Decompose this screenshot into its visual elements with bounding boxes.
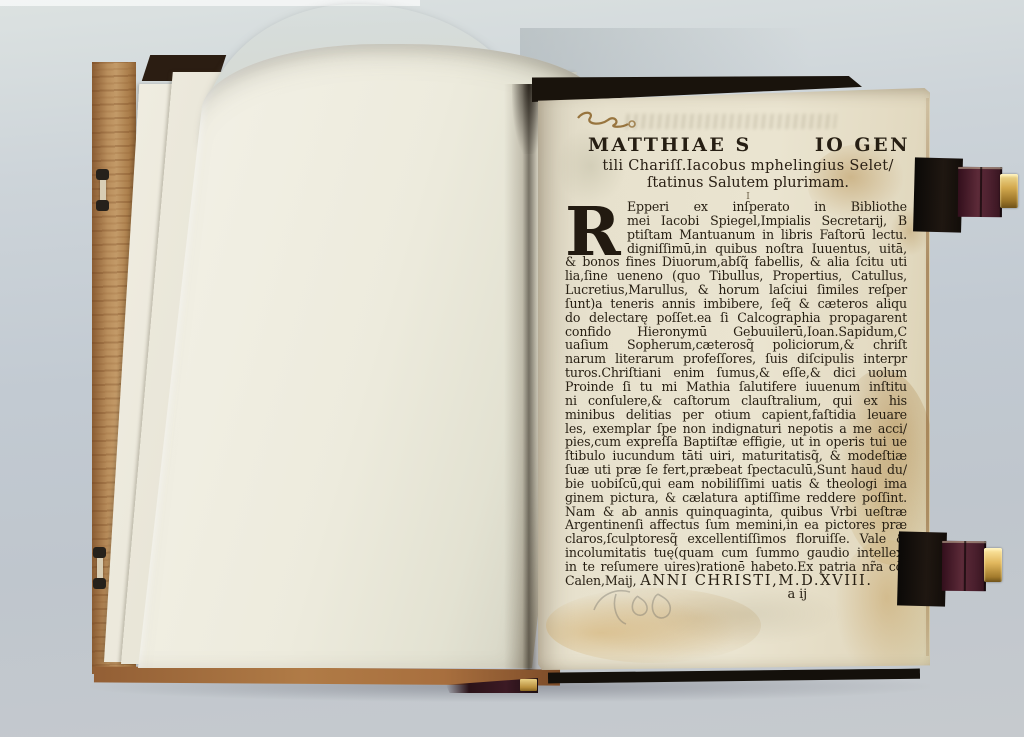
text-line: pies,cum expreſſa Baptiſtæ effigie, ut i…: [565, 435, 907, 449]
clasp-bottom-right: [898, 528, 1008, 610]
text-line: uaſium Sopherum,cæterosq̃ policiorum,& c…: [565, 338, 907, 352]
heading-left: MATTHIAE S: [588, 134, 752, 156]
text-line: ginem pictura, & cælatura aptiſſime redd…: [565, 491, 907, 505]
text-line: ni conſulere,& caſtorum clauſtralium, qu…: [565, 394, 907, 408]
catch-knob: [96, 200, 109, 211]
clasp-leather-strap: [942, 541, 986, 591]
text-line: Nam & ab annis quinquaginta, quibus Vrbi…: [565, 505, 907, 519]
strap-seam: [964, 541, 966, 591]
text-line: Lucretius,Marullus, & horum laſciui ſimi…: [565, 283, 907, 297]
heading-right: IO GEN: [815, 134, 910, 156]
catch-knob: [93, 547, 106, 558]
clasp-leather-strap: [958, 167, 1002, 217]
text-line: turos.Chriſtiani enim ſumus,& eſſe,& dic…: [565, 366, 907, 380]
text-line: les, exemplar ſpe non indignaturi nepoti…: [565, 422, 907, 436]
heading-line-1: MATTHIAE S IO GEN: [588, 134, 910, 156]
text-line: ſunt)a teneris annis imbibere, ſeq̃ & cæ…: [565, 297, 907, 311]
text-line: do delectarę poſſet.ea ſi Calcographia p…: [565, 311, 907, 325]
cover-board-corner: [897, 531, 947, 606]
text-line: confido Hieronymū Gebuuilerū,Ioan.Sapidu…: [565, 325, 907, 339]
text-line: bie uobiſcū,qui eam nobiliſſimi uatis & …: [565, 477, 907, 491]
photograph-open-book: MATTHIAE S IO GEN tili Chariſſ.Iacobus m…: [0, 0, 1024, 737]
catch-knob: [96, 169, 109, 180]
ink-squiggle-annotation: [574, 106, 648, 136]
clasp-catch-top: [95, 169, 111, 211]
text-line: Argentinenſi affectus ſum memini,in ea p…: [565, 518, 907, 532]
text-line: minibus delitias per otium capient,faſti…: [565, 408, 907, 422]
clasp-catch-bottom: [92, 547, 108, 589]
strap-seam: [980, 167, 982, 217]
text-line: Proinde ſi tu mi Mathia ſalutifere iuuen…: [565, 380, 907, 394]
text-line: incolumitatis tuę(quam cum ſummo gaudio …: [565, 546, 907, 560]
catch-knob: [93, 578, 106, 589]
text-line: ſtibulo iucundum tāti uiri, maturitatisq…: [565, 449, 907, 463]
clasp-brass-tip: [984, 548, 1002, 582]
latin-text-block: R Epperi ex inſperato in Bibliothe mei I…: [565, 200, 907, 601]
heading-line-3: ſtatinus Salutem plurimam.: [586, 175, 910, 191]
heading-line-2: tili Chariſſ.Iacobus mphelingius Selet/: [586, 158, 910, 174]
clasp-top-right: [914, 154, 1024, 236]
clasp-brass-tip: [1000, 174, 1018, 208]
text-line: narum literarum profeſſores, ſuis diſcip…: [565, 352, 907, 366]
drop-cap-initial: R: [565, 205, 623, 259]
text-line: ſuæ uti præ ſe fert,præbeat ſpectaculū,S…: [565, 463, 907, 477]
text-line: lia,ſine ueneno (quo Tibullus, Propertiu…: [565, 269, 907, 283]
show-through-text-ghost: [625, 114, 837, 129]
cover-board-corner: [913, 157, 963, 232]
text-line: claros,ſculptoresq̃ excellentiſſimos flo…: [565, 532, 907, 546]
right-printed-page: MATTHIAE S IO GEN tili Chariſſ.Iacobus m…: [538, 88, 930, 670]
pencil-scribble: [586, 580, 696, 632]
bottom-clasp-brass-tip: [520, 679, 537, 691]
